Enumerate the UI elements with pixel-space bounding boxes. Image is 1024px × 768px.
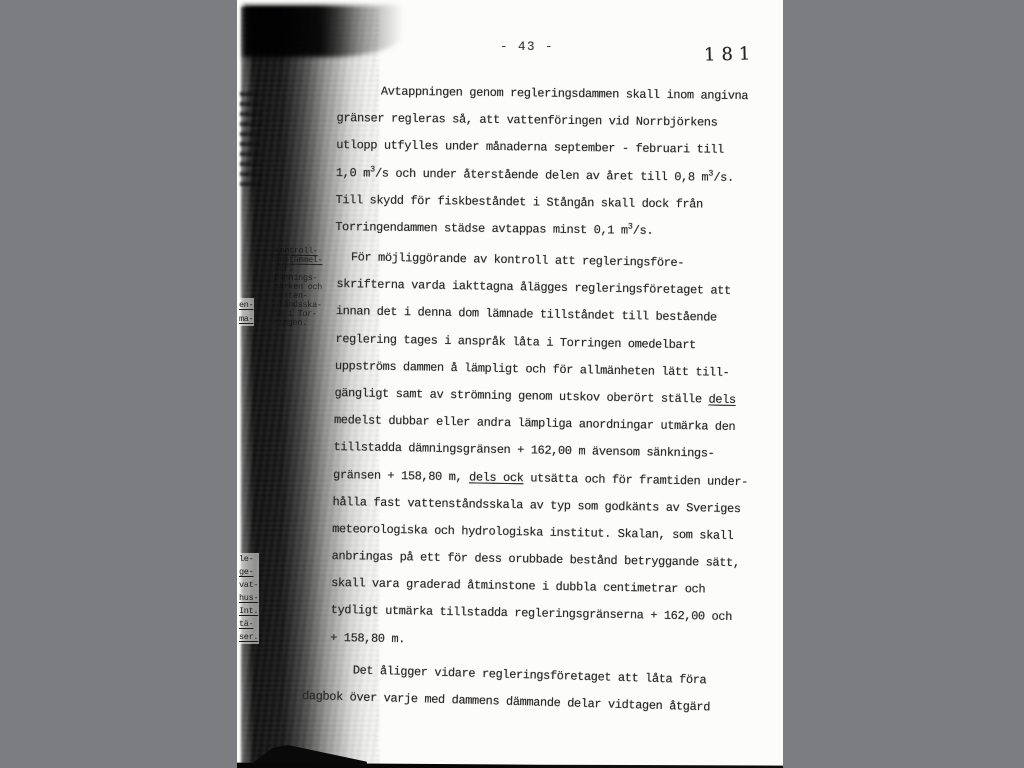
paragraph: Det åligger vidare regleringsföretaget a… [301,662,744,729]
scanner-background: { "colors": { "surround": "#7b7d80", "pa… [0,0,1024,768]
paragraph: För möjliggörande av kontroll att regler… [330,250,779,665]
text-line: Torringendammen städse avtappas minst 0,… [335,220,777,253]
scanned-document-page: Kontroll-bestämmel-ser.Dämnings-märken o… [237,0,783,768]
document-body-text: Avtappningen genom regleringsdammen skal… [237,0,783,768]
paragraph: Avtappningen genom regleringsdammen skal… [335,84,779,253]
